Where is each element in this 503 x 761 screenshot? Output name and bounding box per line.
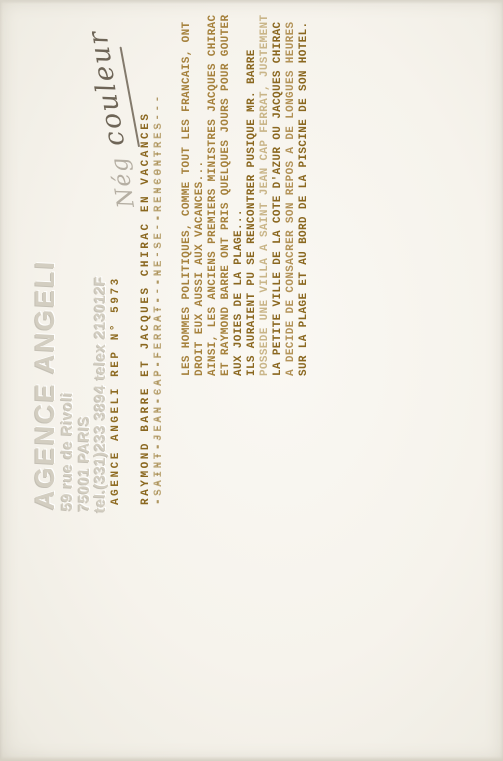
stamp-address-city: 75001 PARIS [77,261,94,512]
caption-body-line: SUR LA PLAGE ET AU BORD DE LA PISCINE DE… [298,15,311,376]
rotated-content-layer: AGENCE ANGELI 59 rue de Rivoli 75001 PAR… [0,0,503,761]
strikethrough-dashes: ----------------------------------------… [152,93,165,505]
scan-edge-top [0,0,503,4]
caption-body-line: AUX JOIES DE LA PLAGE... [233,15,246,376]
scan-edge-bottom [0,756,503,761]
caption-body-line: ET RAYMOND BARRE ONT PRIS QUELQUES JOURS… [220,15,233,376]
caption-body: LES HOMMES POLITIQUES, COMME TOUT LES FR… [181,15,311,376]
stamp-address-phone: tel.(331)233 3894 telex 213012F [93,262,110,513]
photo-verso-card: AGENCE ANGELI 59 rue de Rivoli 75001 PAR… [0,0,503,761]
caption-body-line: ILS AURAIENT PU SE RENCONTRER PUSIQUE MR… [246,15,259,376]
caption-body-line: A DECIDE DE CONSACRER SON REPOS A DE LON… [285,15,298,376]
caption-struck-line-wrap: -SAINT-JEAN-CAP-FERRAT- -NE SE -RENCONTR… [153,15,166,505]
caption-body-line: LA PETITE VILLE DE LA COTE D'AZUR OU JAC… [272,15,285,376]
caption-body-line: AINSI, LES ANCIENS PREMIERS MINISTRES JA… [207,15,220,376]
caption-body-line: DROIT EUX AUSSI AUX VACANCES... [194,15,207,376]
agency-address-stamp: AGENCE ANGELI 59 rue de Rivoli 75001 PAR… [30,259,110,513]
typed-caption-block: AGENCE ANGELI REP N° 5973 RAYMOND BARRE … [110,15,311,505]
stamp-agency-name: AGENCE ANGELI [30,259,60,511]
caption-body-line: LES HOMMES POLITIQUES, COMME TOUT LES FR… [181,15,194,376]
stamp-address-street: 59 rue de Rivoli [60,260,77,511]
caption-body-line: POSSEDE UNE VILLA A SAINT JEAN CAP FERRA… [259,15,272,376]
